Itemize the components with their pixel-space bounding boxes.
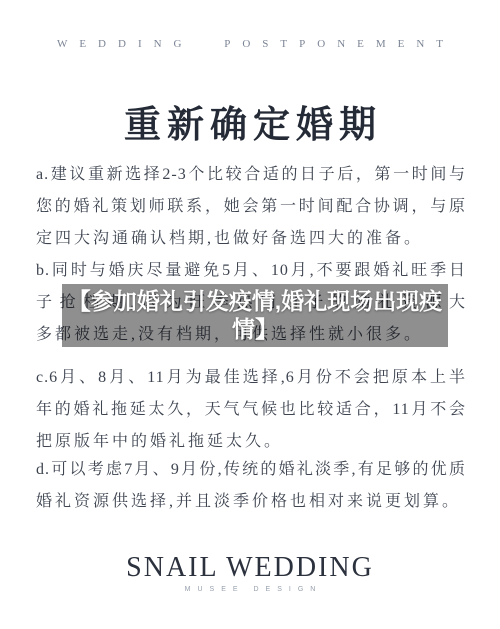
paragraph-a: a.建议重新选择2-3个比较合适的日子后，第一时间与 您的婚礼策划师联系，她会第… bbox=[36, 159, 466, 255]
brand-logo: SNAIL WEDDING bbox=[0, 552, 500, 584]
brand-subtitle: MUSEE DESIGN bbox=[0, 586, 500, 593]
caption-line-1: 【参加婚礼引发疫情,婚礼现场出现疫 bbox=[62, 287, 448, 315]
paragraph-a-line-2: 您的婚礼策划师联系，她会第一时间配合协调，与原 bbox=[36, 191, 466, 223]
paragraph-a-line-1: a.建议重新选择2-3个比较合适的日子后，第一时间与 bbox=[36, 159, 466, 191]
paragraph-d: d.可以考虑7月、9月份,传统的婚礼淡季,有足够的优质 婚礼资源供选择,并且淡季… bbox=[36, 454, 466, 518]
paragraph-a-line-3: 定四大沟通确认档期,也做好备选四大的准备。 bbox=[36, 223, 466, 255]
paragraph-b-line-1: b.同时与婚庆尽量避免5月、10月,不要跟婚礼旺季日 bbox=[36, 255, 466, 287]
paragraph-d-line-1: d.可以考虑7月、9月份,传统的婚礼淡季,有足够的优质 bbox=[36, 454, 466, 486]
paragraph-c-line-2: 年的婚礼拖延太久，天气气候也比较适合，11月不会 bbox=[36, 394, 466, 426]
poster: WEDDING POSTPONEMENT 重新确定婚期 a.建议重新选择2-3个… bbox=[0, 0, 500, 629]
eyebrow-heading: WEDDING POSTPONEMENT bbox=[0, 38, 500, 50]
page-title: 重新确定婚期 bbox=[0, 94, 500, 148]
news-caption-overlay: 【参加婚礼引发疫情,婚礼现场出现疫 情】 bbox=[62, 284, 448, 347]
paragraph-d-line-2: 婚礼资源供选择,并且淡季价格也相对来说更划算。 bbox=[36, 486, 466, 518]
caption-line-2: 情】 bbox=[62, 315, 448, 343]
paragraph-c-line-1: c.6月、8月、11月为最佳选择,6月份不会把原本上半 bbox=[36, 362, 466, 394]
paragraph-c: c.6月、8月、11月为最佳选择,6月份不会把原本上半 年的婚礼拖延太久，天气气… bbox=[36, 362, 466, 458]
